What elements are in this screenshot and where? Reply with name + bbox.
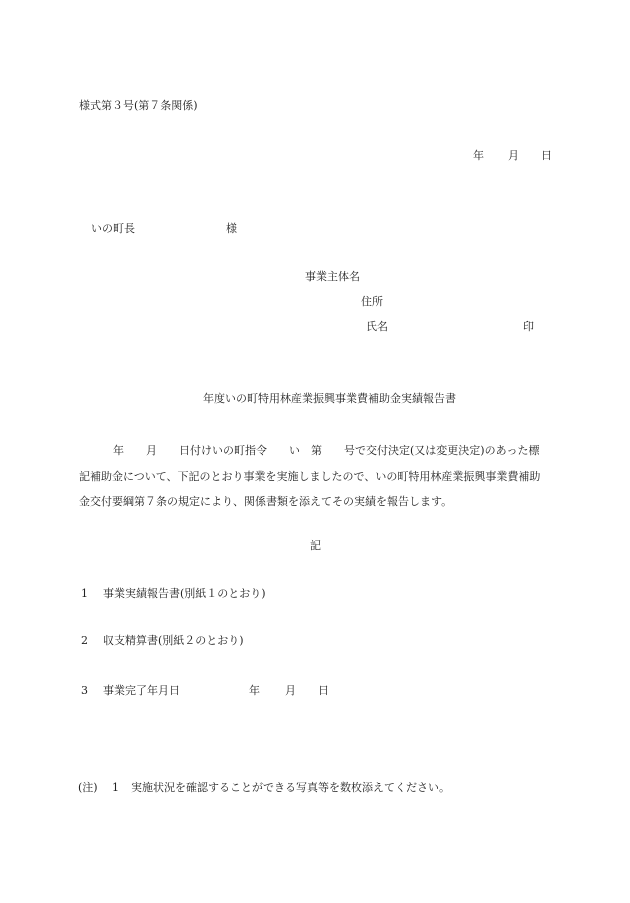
name-label: 氏名 [366, 320, 388, 334]
seal-label: 印 [523, 320, 534, 334]
body-line-2: 記補助金について、下記のとおり事業を実施しましたので、いの町特用林産業振興事業費… [79, 464, 553, 490]
item-number: 3 [81, 684, 88, 698]
addressee-honorific: 様 [226, 222, 237, 236]
date-month-label: 月 [508, 149, 519, 163]
note-label: (注) [78, 781, 98, 795]
entity-name-label: 事業主体名 [305, 270, 360, 284]
completion-year-label: 年 [249, 684, 260, 698]
form-number: 様式第３号(第７条関係) [79, 99, 198, 113]
item-text: 事業実績報告書(別紙１のとおり) [103, 587, 266, 601]
item-number: 2 [81, 634, 88, 648]
note-number: 1 [112, 781, 119, 795]
item-text: 収支精算書(別紙２のとおり) [103, 634, 244, 648]
body-paragraph: 年 月 日付けいの町指令 い 第 号で交付決定(又は変更決定)のあった標 記補助… [79, 438, 553, 515]
item-number: 1 [81, 587, 88, 601]
date-day-label: 日 [541, 149, 552, 163]
document-title: 年度いの町特用林産業振興事業費補助金実績報告書 [203, 392, 456, 406]
addressee-name: いの町長 [91, 222, 135, 236]
item-text: 事業完了年月日 [103, 684, 180, 698]
ki-heading: 記 [310, 539, 321, 553]
body-line-3: 金交付要綱第７条の規定により、関係書類を添えてその実績を報告します。 [79, 489, 553, 515]
note-text: 実施状況を確認することができる写真等を数枚添えてください。 [131, 781, 450, 795]
address-label: 住所 [361, 295, 383, 309]
body-line-1: 年 月 日付けいの町指令 い 第 号で交付決定(又は変更決定)のあった標 [79, 438, 553, 464]
completion-day-label: 日 [318, 684, 329, 698]
completion-month-label: 月 [285, 684, 296, 698]
date-year-label: 年 [473, 149, 484, 163]
